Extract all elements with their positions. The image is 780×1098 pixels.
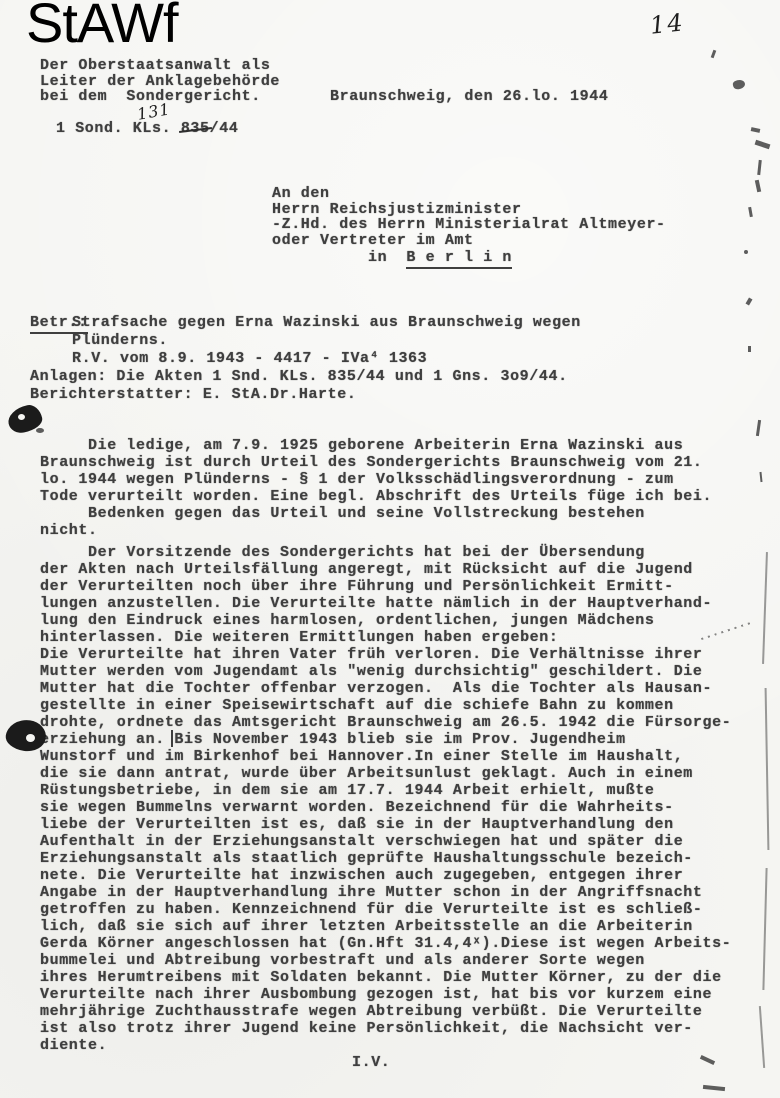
- smudge-mark: [744, 250, 748, 254]
- archive-stamp: StAWf: [26, 0, 178, 55]
- ink-splatter: [36, 428, 44, 433]
- dateline: Braunschweig, den 26.lo. 1944: [330, 88, 608, 105]
- body-paragraph-1: Die ledige, am 7.9. 1925 geborene Arbeit…: [40, 437, 712, 539]
- subject-attachments-lines: Anlagen: Die Akten 1 Snd. KLs. 835/44 un…: [30, 368, 568, 404]
- recipient-city: B e r l i n: [406, 249, 512, 269]
- smudge-mark: [755, 140, 771, 149]
- smudge-mark: [711, 50, 717, 59]
- recipient-address: An den Herrn Reichsjustizminister -Z.Hd.…: [272, 186, 666, 248]
- smudge-mark: [732, 79, 746, 91]
- binding-edge-line: [765, 688, 770, 850]
- binding-edge-line: [762, 552, 768, 664]
- subject-lines: Strafsache gegen Erna Wazinski aus Braun…: [72, 314, 581, 368]
- scanned-letter-page: StAWf 14 Der Oberstaatsanwalt als Leiter…: [0, 0, 780, 1098]
- binding-edge-line: [759, 1006, 765, 1068]
- smudge-mark: [756, 420, 761, 436]
- smudge-mark: [746, 297, 753, 305]
- ink-blob-highlight: [26, 734, 35, 742]
- file-reference-prefix: 1 Sond. KLs.: [56, 120, 181, 137]
- file-reference-struck-number: 835: [181, 120, 210, 137]
- recipient-in-label: in: [272, 249, 406, 266]
- closing-initials: I.V.: [352, 1054, 390, 1071]
- body-paragraph-2: Der Vorsitzende des Sondergerichts hat b…: [40, 544, 731, 1054]
- binding-edge-line: [762, 868, 767, 990]
- smudge-mark: [759, 472, 762, 482]
- smudge-mark: [751, 127, 761, 133]
- recipient-city-line: in B e r l i n: [272, 249, 512, 266]
- file-reference-suffix: /44: [210, 120, 239, 137]
- smudge-mark: [748, 346, 751, 352]
- smudge-mark: [703, 1085, 725, 1091]
- file-reference: 1 Sond. KLs. 835/44: [56, 120, 238, 137]
- handwritten-page-number: 14: [649, 8, 686, 39]
- margin-bar-mark: [171, 730, 173, 747]
- sender-address: Der Oberstaatsanwalt als Leiter der Ankl…: [40, 58, 280, 105]
- ink-blob-highlight: [18, 414, 25, 420]
- smudge-mark: [757, 160, 762, 175]
- smudge-mark: [755, 180, 761, 193]
- smudge-mark: [748, 207, 753, 217]
- smudge-mark: [700, 1055, 715, 1065]
